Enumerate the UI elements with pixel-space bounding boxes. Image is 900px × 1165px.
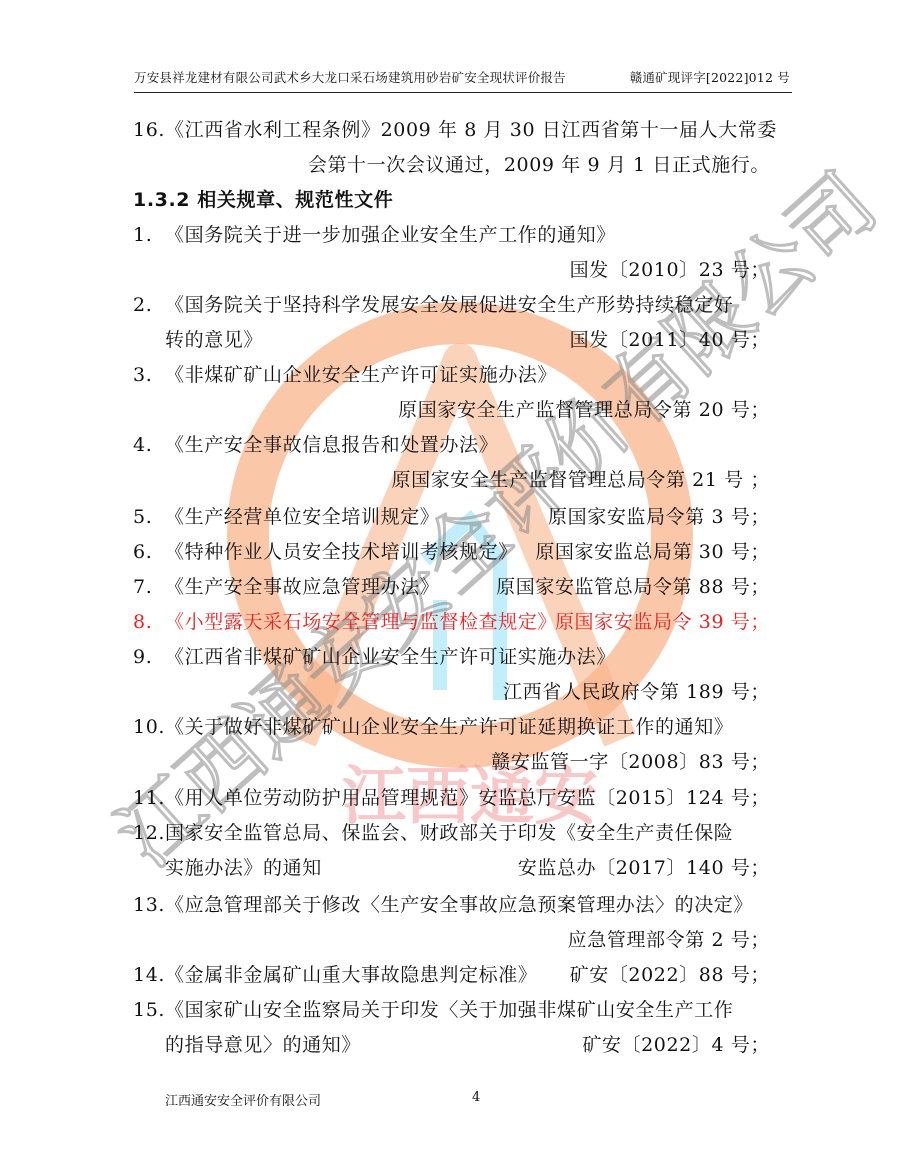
list-item-ref: 国发〔2011〕40 号； [570,328,770,352]
list-item-ref: 原国家安全生产监督管理总局令第 20 号； [398,398,770,422]
document-page: 江西通安 江西通安安全评价有限公司 万安县祥龙建材有限公司武术乡大龙口采石场建筑… [0,0,900,1165]
list-item: 2.《国务院关于坚持科学发展安全发展促进安全生产形势持续稳定好 [133,293,733,317]
list-item: 12.国家安全监管总局、保监会、财政部关于印发《安全生产责任保险 [133,821,733,845]
list-item: 3.《非煤矿矿山企业安全生产许可证实施办法》 [133,363,557,387]
list-item: 5.《生产经营单位安全培训规定》 [133,505,439,529]
list-item-ref: 江西省人民政府令第 189 号； [503,680,770,704]
list-item-ref: 原国家安监管总局令第 88 号； [496,575,770,599]
page-number: 4 [472,1090,480,1105]
list-item-highlighted: 8.《小型露天采石场安全管理与监督检查规定》 [133,610,557,634]
document-number: 赣通矿现评字[2022]012 号 [630,68,790,86]
list-item-ref: 安监总厅安监〔2015〕124 号； [479,786,770,810]
list-item: 15.《国家矿山安全监察局关于印发〈关于加强非煤矿山安全生产工作 [133,998,733,1022]
list-item: 9.《江西省非煤矿矿山企业安全生产许可证实施办法》 [133,645,616,669]
list-item: 6.《特种作业人员安全技术培训考核规定》 [133,540,518,564]
list-item-ref: 应急管理部令第 2 号； [568,928,770,952]
list-item-cont: 的指导意见〉的通知》 [165,1033,361,1057]
list-item-16-cont: 会第十一次会议通过，2009 年 9 月 1 日正式施行。 [308,153,770,177]
list-item: 7.《生产安全事故应急管理办法》 [133,575,439,599]
footer-company: 江西通安安全评价有限公司 [165,1090,321,1109]
page-header: 万安县祥龙建材有限公司武术乡大龙口采石场建筑用砂岩矿安全现状评价报告 赣通矿现评… [134,64,792,93]
list-item: 13.《应急管理部关于修改〈生产安全事故应急预案管理办法〉的决定》 [133,893,753,917]
list-item-ref: 原国家安监局令第 3 号； [548,505,770,529]
list-item-ref: 矿安〔2022〕88 号； [570,963,770,987]
list-item: 14.《金属非金属矿山重大事故隐患判定标准》 [133,963,537,987]
list-item-cont: 实施办法》的通知 [165,856,322,880]
list-item-cont: 转的意见》 [165,328,263,352]
report-title: 万安县祥龙建材有限公司武术乡大龙口采石场建筑用砂岩矿安全现状评价报告 [134,68,566,86]
list-item-ref: 原国家安全生产监督管理总局令第 21 号 ； [392,468,771,492]
list-item-ref: 国发〔2010〕23 号； [570,258,770,282]
section-heading: 1.3.2 相关规章、规范性文件 [133,188,393,212]
list-item-ref: 原国家安监总局第 30 号； [535,540,770,564]
list-item: 10.《关于做好非煤矿矿山企业安全生产许可证延期换证工作的通知》 [133,715,733,739]
list-item-16: 16.《江西省水利工程条例》2009 年 8 月 30 日江西省第十一届人大常委 [133,118,777,142]
list-item: 4.《生产安全事故信息报告和处置办法》 [133,433,498,457]
list-item: 11.《用人单位劳动防护用品管理规范》 [133,786,479,810]
list-item-ref-highlighted: 原国家安监局令 39 号； [555,610,770,634]
list-item-ref: 矿安〔2022〕4 号； [582,1033,770,1057]
list-item-ref: 赣安监管一字〔2008〕83 号； [491,750,770,774]
list-item-ref: 安监总办〔2017〕140 号； [518,856,770,880]
list-item: 1.《国务院关于进一步加强企业安全生产工作的通知》 [133,223,616,247]
